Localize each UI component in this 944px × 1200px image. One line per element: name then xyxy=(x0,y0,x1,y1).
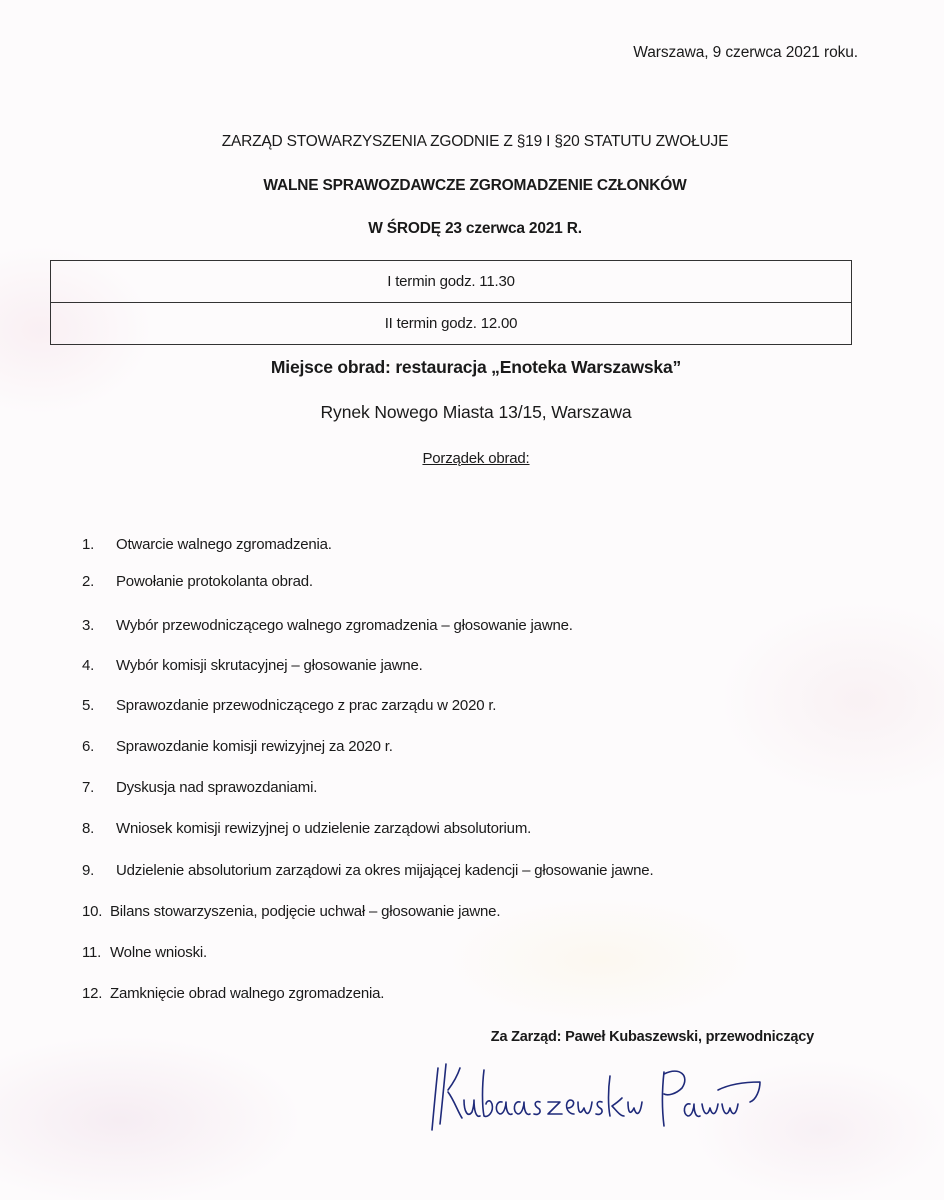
agenda-item-number: 5. xyxy=(82,697,116,714)
place-and-date: Warszawa, 9 czerwca 2021 roku. xyxy=(633,44,858,62)
agenda-item: 8.Wniosek komisji rewizyjnej o udzieleni… xyxy=(82,820,531,837)
agenda-item-number: 3. xyxy=(82,617,116,634)
agenda-item-text: Dyskusja nad sprawozdaniami. xyxy=(116,779,317,796)
meeting-date: W ŚRODĘ 23 czerwca 2021 R. xyxy=(0,220,944,238)
agenda-item-number: 2. xyxy=(82,573,116,590)
agenda-item-text: Zamknięcie obrad walnego zgromadzenia. xyxy=(110,985,384,1002)
agenda-item-number: 1. xyxy=(82,536,116,553)
agenda-item: 2.Powołanie protokolanta obrad. xyxy=(82,573,313,590)
agenda-item: 3.Wybór przewodniczącego walnego zgromad… xyxy=(82,617,573,634)
table-row: I termin godz. 11.30 xyxy=(51,261,852,303)
first-term-cell: I termin godz. 11.30 xyxy=(51,261,852,303)
agenda-item-number: 8. xyxy=(82,820,116,837)
agenda-item: 6.Sprawozdanie komisji rewizyjnej za 202… xyxy=(82,738,393,755)
agenda-item: 4.Wybór komisji skrutacyjnej – głosowani… xyxy=(82,657,423,674)
handwritten-signature xyxy=(428,1056,768,1136)
convocation-statement: ZARZĄD STOWARZYSZENIA ZGODNIE Z §19 I §2… xyxy=(0,133,944,151)
agenda-item-text: Powołanie protokolanta obrad. xyxy=(116,573,313,590)
agenda-item-text: Sprawozdanie przewodniczącego z prac zar… xyxy=(116,697,496,714)
agenda-item-number: 6. xyxy=(82,738,116,755)
agenda-heading: Porządek obrad: xyxy=(0,450,944,467)
agenda-item: 5.Sprawozdanie przewodniczącego z prac z… xyxy=(82,697,496,714)
agenda-item-text: Wolne wnioski. xyxy=(110,944,207,961)
agenda-item: 9.Udzielenie absolutorium zarządowi za o… xyxy=(82,862,653,879)
agenda-item-number: 10. xyxy=(82,903,110,920)
agenda-item: 12.Zamknięcie obrad walnego zgromadzenia… xyxy=(82,985,384,1002)
venue: Miejsce obrad: restauracja „Enoteka Wars… xyxy=(0,357,944,378)
agenda-item: 11.Wolne wnioski. xyxy=(82,944,207,961)
agenda-item-text: Otwarcie walnego zgromadzenia. xyxy=(116,536,332,553)
agenda-item-number: 4. xyxy=(82,657,116,674)
meeting-title: WALNE SPRAWOZDAWCZE ZGROMADZENIE CZŁONKÓ… xyxy=(0,177,944,195)
signatory: Za Zarząd: Paweł Kubaszewski, przewodnic… xyxy=(491,1029,814,1045)
agenda-item-number: 11. xyxy=(82,944,110,961)
agenda-item-number: 12. xyxy=(82,985,110,1002)
agenda-item-text: Udzielenie absolutorium zarządowi za okr… xyxy=(116,862,653,879)
agenda-item-number: 7. xyxy=(82,779,116,796)
terms-table: I termin godz. 11.30 II termin godz. 12.… xyxy=(50,260,852,345)
agenda-item-text: Bilans stowarzyszenia, podjęcie uchwał –… xyxy=(110,903,500,920)
agenda-item-text: Wybór przewodniczącego walnego zgromadze… xyxy=(116,617,573,634)
agenda-item: 10.Bilans stowarzyszenia, podjęcie uchwa… xyxy=(82,903,500,920)
agenda-item-text: Wybór komisji skrutacyjnej – głosowanie … xyxy=(116,657,423,674)
second-term-cell: II termin godz. 12.00 xyxy=(51,303,852,345)
agenda-item-text: Sprawozdanie komisji rewizyjnej za 2020 … xyxy=(116,738,393,755)
agenda-item-number: 9. xyxy=(82,862,116,879)
venue-address: Rynek Nowego Miasta 13/15, Warszawa xyxy=(0,402,944,423)
agenda-item: 1.Otwarcie walnego zgromadzenia. xyxy=(82,536,332,553)
table-row: II termin godz. 12.00 xyxy=(51,303,852,345)
agenda-item: 7.Dyskusja nad sprawozdaniami. xyxy=(82,779,317,796)
agenda-item-text: Wniosek komisji rewizyjnej o udzielenie … xyxy=(116,820,531,837)
